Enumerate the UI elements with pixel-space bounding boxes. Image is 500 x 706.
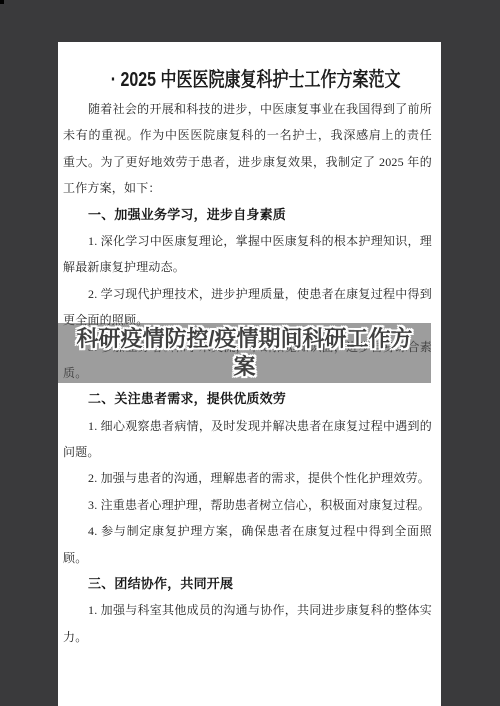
body-line: 未有的重视。作为中医医院康复科的一名护士，我深感肩上的责任 [63, 122, 432, 148]
watermark-overlay: 科研疫情防控/疫情期间科研工作方 案 [58, 323, 431, 383]
corner-artifact [0, 0, 4, 4]
page-title: · 2025 中医医院康复科护士工作方案范文 [111, 66, 397, 94]
body-line: 顾。 [63, 545, 432, 571]
document-page: · 2025 中医医院康复科护士工作方案范文 随着社会的开展和科技的进步，中医康… [58, 42, 441, 706]
body-line: 3. 注重患者心理护理，帮助患者树立信心，积极面对康复过程。 [63, 492, 432, 518]
body-line: 2. 学习现代护理技术，进步护理质量，使患者在康复过程中得到 [63, 281, 432, 307]
body-line: 问题。 [63, 439, 432, 465]
section-heading-1: 一、加强业务学习，进步自身素质 [63, 202, 432, 228]
body-line: 力。 [63, 624, 432, 650]
body-line: 重大。为了更好地效劳于患者，进步康复效果，我制定了 2025 年的 [63, 149, 432, 175]
section-heading-3: 三、团结协作，共同开展 [63, 571, 432, 597]
body-line: 解最新康复护理动态。 [63, 254, 432, 280]
watermark-text-line2: 案 [58, 353, 431, 381]
section-heading-2: 二、关注患者需求，提供优质效劳 [63, 386, 432, 412]
body-line: 工作方案，如下： [63, 175, 432, 201]
watermark-text-line1: 科研疫情防控/疫情期间科研工作方 [58, 323, 431, 353]
body-line: 2. 加强与患者的沟通，理解患者的需求，提供个性化护理效劳。 [63, 465, 432, 491]
body-line: 1. 深化学习中医康复理论，掌握中医康复科的根本护理知识，理 [63, 228, 432, 254]
body-line: 1. 加强与科室其他成员的沟通与协作，共同进步康复科的整体实 [63, 597, 432, 623]
body-line: 随着社会的开展和科技的进步，中医康复事业在我国得到了前所 [63, 96, 432, 122]
body-line: 4. 参与制定康复护理方案，确保患者在康复过程中得到全面照 [63, 518, 432, 544]
body-line: 1. 细心观察患者病情，及时发现并解决患者在康复过程中遇到的 [63, 413, 432, 439]
